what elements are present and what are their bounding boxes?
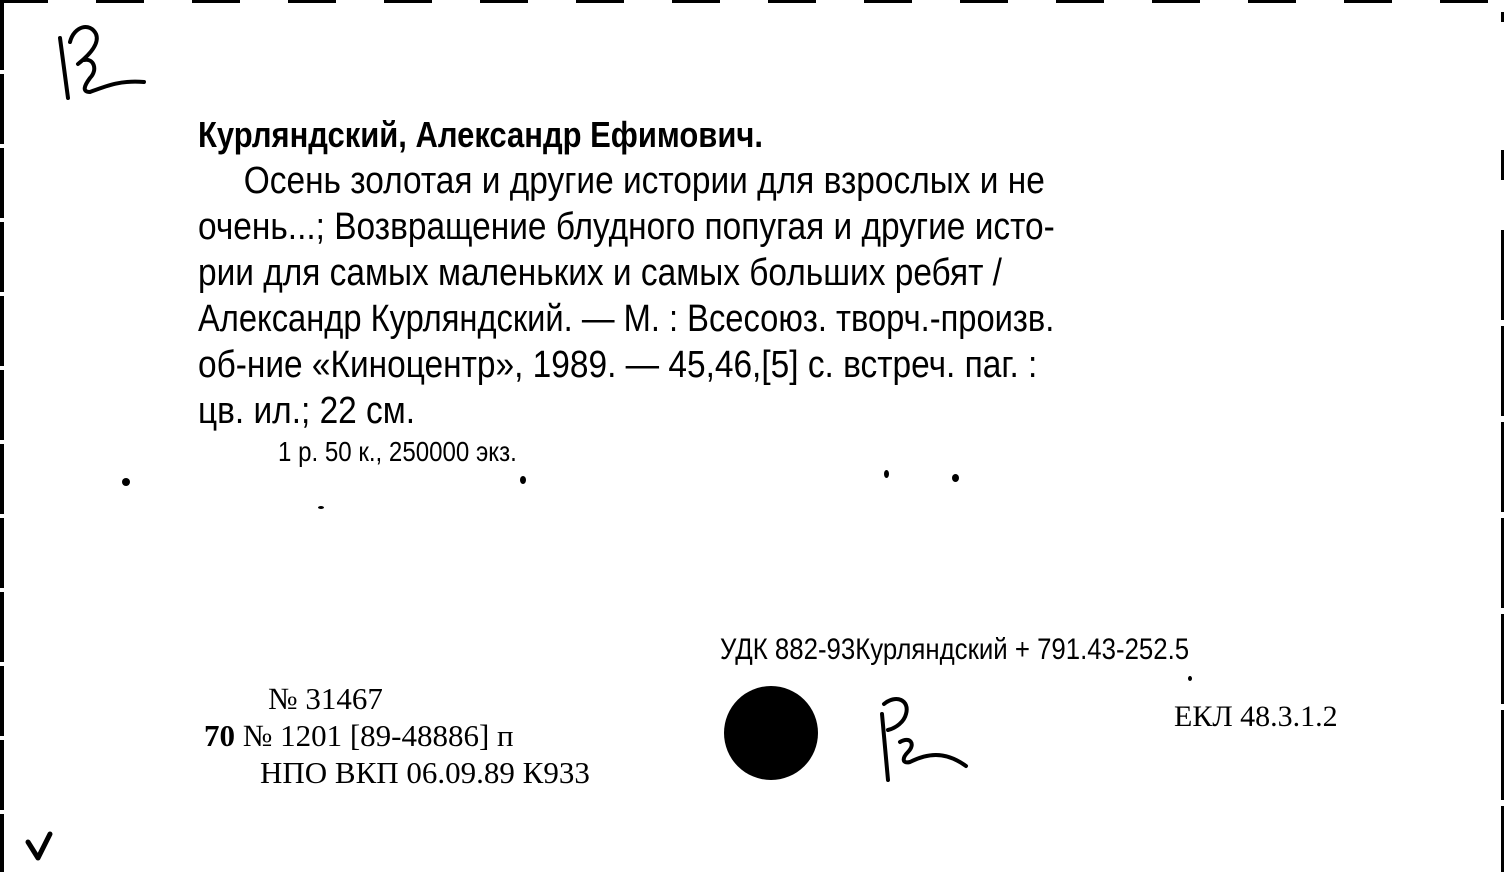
description-line: об-ние «Киноцентр», 1989. — 45,46,[5] с.… [198,342,1228,388]
description-line: Александр Курляндский. — М. : Всесоюз. т… [198,296,1204,342]
author-heading: Курляндский, Александр Ефимович. [198,112,1204,158]
ink-speck [318,506,324,509]
ink-speck [952,474,959,482]
handwritten-initials-top-icon [56,14,156,104]
description-line: очень...; Возвращение блудного попугая и… [198,204,1228,250]
handwritten-initials-bottom-icon [874,694,974,784]
ink-speck [122,478,130,486]
description-line: цв. ил.; 22 см. [198,388,1228,434]
order-prefix: 70 [204,718,235,753]
catalog-numbers: № 31467 70 № 1201 [89-48886] п НПО ВКП 0… [204,680,590,791]
card-top-edge [0,0,1504,3]
ekl-classification: ЕКЛ 48.3.1.2 [1174,700,1338,734]
card-number: № 31467 [204,680,590,717]
order-line: 70 № 1201 [89-48886] п [204,717,590,754]
description-line: рии для самых маленьких и самых больших … [198,250,1228,296]
ink-speck [884,470,889,478]
order-number: № 1201 [89-48886] п [243,718,514,753]
price-and-print-run: 1 р. 50 к., 250000 экз. [278,436,517,468]
ink-speck [1188,676,1192,681]
ink-speck [520,476,526,484]
description-line: Осень золотая и другие истории для взрос… [198,158,1228,204]
library-catalog-card: Курляндский, Александр Ефимович. Осень з… [0,0,1504,872]
checkmark-icon [24,830,54,864]
stamp-black-circle-icon [724,686,818,780]
card-left-edge [0,0,4,872]
publisher-line: НПО ВКП 06.09.89 К933 [204,754,590,791]
bibliographic-entry: Курляндский, Александр Ефимович. Осень з… [198,112,1368,434]
udk-classification: УДК 882-93Курляндский + 791.43-252.5 [720,633,1189,667]
